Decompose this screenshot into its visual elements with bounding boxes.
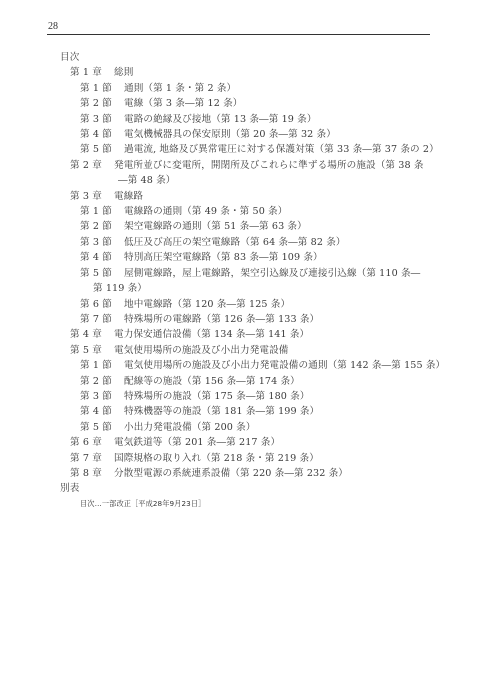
- toc-section: 第 4 節特別高圧架空電線路（第 83 条―第 109 条）: [60, 250, 440, 265]
- toc-entry-text: 配線等の施設（第 156 条―第 174 条）: [124, 376, 300, 387]
- toc-section: 第 1 節電線路の通則（第 49 条・第 50 条）: [60, 204, 440, 219]
- toc-entry-number: 第 3 節: [80, 112, 124, 127]
- toc-entry-number: 第 5 節: [80, 420, 124, 435]
- toc-entry-text: 分散型電源の系統連系設備（第 220 条―第 232 条）: [114, 468, 348, 479]
- toc-entry-text: 特別高圧架空電線路（第 83 条―第 109 条）: [124, 252, 323, 263]
- toc-entry-number: 第 5 節: [80, 266, 124, 281]
- toc-entry-text: 電気使用場所の施設及び小出力発電設備の通則（第 142 条―第 155 条）: [124, 360, 445, 371]
- toc-entry-text: 国際規格の取り入れ（第 218 条・第 219 条）: [114, 453, 319, 464]
- toc-entry-text: 電路の絶縁及び接地（第 13 条―第 19 条）: [124, 114, 317, 125]
- toc-entry-number: 第 3 節: [80, 235, 124, 250]
- toc-entry-text: 電線路の通則（第 49 条・第 50 条）: [124, 206, 287, 217]
- toc-appendix: 別表: [60, 481, 440, 496]
- toc-entry-number: 第 1 節: [80, 81, 124, 96]
- toc-entry-number: 第 2 節: [80, 374, 124, 389]
- toc-entry-text: 屋側電線路，屋上電線路，架空引込線及び連接引込線（第 110 条―: [124, 268, 420, 279]
- toc-entry-text: 特殊場所の電線路（第 126 条―第 133 条）: [124, 314, 319, 325]
- revision-note: 目次…一部改正［平成28年9月23日］: [60, 497, 440, 511]
- toc-chapter: 第 6 章電気鉄道等（第 201 条―第 217 条）: [60, 435, 440, 450]
- toc-entry-number: 第 7 節: [80, 312, 124, 327]
- toc-entry-number: 第 4 章: [70, 327, 114, 342]
- toc-entry-text: 特殊場所の施設（第 175 条―第 180 条）: [124, 391, 310, 402]
- toc-entry-number: 第 1 章: [70, 65, 114, 80]
- toc-entry-text: 電線路: [114, 191, 143, 202]
- toc-chapter: 第 3 章電線路: [60, 189, 440, 204]
- table-of-contents: 目次 第 1 章総則第 1 節通則（第 1 条・第 2 条）第 2 節電線（第 …: [60, 50, 440, 511]
- toc-section: 第 5 節過電流, 地絡及び異常電圧に対する保護対策（第 33 条―第 37 条…: [60, 142, 440, 157]
- toc-section: 第 6 節地中電線路（第 120 条―第 125 条）: [60, 297, 440, 312]
- toc-section: 第 3 節低圧及び高圧の架空電線路（第 64 条―第 82 条）: [60, 235, 440, 250]
- toc-section: 第 5 節小出力発電設備（第 200 条）: [60, 420, 440, 435]
- toc-section: 第 2 節電線（第 3 条―第 12 条）: [60, 96, 440, 111]
- toc-section: 第 1 節通則（第 1 条・第 2 条）: [60, 81, 440, 96]
- toc-entry-text: 特殊機器等の施設（第 181 条―第 199 条）: [124, 406, 319, 417]
- toc-entry-number: 第 5 章: [70, 343, 114, 358]
- toc-entry-text: 小出力発電設備（第 200 条）: [124, 422, 256, 433]
- toc-entry-number: 第 1 節: [80, 204, 124, 219]
- toc-section: 第 7 節特殊場所の電線路（第 126 条―第 133 条）: [60, 312, 440, 327]
- toc-chapter: 第 7 章国際規格の取り入れ（第 218 条・第 219 条）: [60, 451, 440, 466]
- toc-entry-text: 低圧及び高圧の架空電線路（第 64 条―第 82 条）: [124, 237, 346, 248]
- toc-entry-number: 第 3 章: [70, 189, 114, 204]
- toc-section: 第 3 節特殊場所の施設（第 175 条―第 180 条）: [60, 389, 440, 404]
- toc-chapter: 第 1 章総則: [60, 65, 440, 80]
- toc-chapter: 第 2 章発電所並びに変電所，開閉所及びこれらに準ずる場所の施設（第 38 条: [60, 158, 440, 173]
- toc-entry-text: 通則（第 1 条・第 2 条）: [124, 83, 236, 94]
- toc-entry-number: 第 2 章: [70, 158, 114, 173]
- toc-entry-text: 総則: [114, 67, 133, 78]
- toc-section: 第 1 節電気使用場所の施設及び小出力発電設備の通則（第 142 条―第 155…: [60, 358, 440, 373]
- toc-section: 第 4 節電気機械器具の保安原則（第 20 条―第 32 条）: [60, 127, 440, 142]
- toc-entry-number: 第 7 章: [70, 451, 114, 466]
- toc-chapter: 第 4 章電力保安通信設備（第 134 条―第 141 条）: [60, 327, 440, 342]
- toc-section: 第 3 節電路の絶縁及び接地（第 13 条―第 19 条）: [60, 112, 440, 127]
- toc-entry-number: 第 2 節: [80, 219, 124, 234]
- toc-entry-number: 第 4 節: [80, 404, 124, 419]
- toc-entry-text: 過電流, 地絡及び異常電圧に対する保護対策（第 33 条―第 37 条の 2）: [124, 144, 439, 155]
- toc-entry-text: 電気機械器具の保安原則（第 20 条―第 32 条）: [124, 129, 336, 140]
- toc-entry-text: 電力保安通信設備（第 134 条―第 141 条）: [114, 329, 309, 340]
- toc-title: 目次: [60, 50, 440, 65]
- toc-section: 第 4 節特殊機器等の施設（第 181 条―第 199 条）: [60, 404, 440, 419]
- toc-section: 第 2 節配線等の施設（第 156 条―第 174 条）: [60, 374, 440, 389]
- toc-section: 第 5 節屋側電線路，屋上電線路，架空引込線及び連接引込線（第 110 条―: [60, 266, 440, 281]
- header-rule: [47, 34, 430, 35]
- toc-entry-number: 第 2 節: [80, 96, 124, 111]
- toc-entry-text: 地中電線路（第 120 条―第 125 条）: [124, 299, 290, 310]
- toc-entry-text: 電線（第 3 条―第 12 条）: [124, 98, 242, 109]
- toc-entry-number: 第 8 章: [70, 466, 114, 481]
- toc-entry-number: 第 5 節: [80, 142, 124, 157]
- toc-entry-text: 電気鉄道等（第 201 条―第 217 条）: [114, 437, 280, 448]
- toc-entry-number: 第 3 節: [80, 389, 124, 404]
- toc-entry-text: 電気使用場所の施設及び小出力発電設備: [114, 345, 289, 356]
- toc-entry-number: 第 4 節: [80, 127, 124, 142]
- toc-chapter: 第 8 章分散型電源の系統連系設備（第 220 条―第 232 条）: [60, 466, 440, 481]
- toc-entry-continuation: ―第 48 条）: [60, 173, 440, 188]
- toc-entry-text: 架空電線路の通則（第 51 条―第 63 条）: [124, 221, 307, 232]
- toc-entry-number: 第 6 章: [70, 435, 114, 450]
- toc-entry-text: 発電所並びに変電所，開閉所及びこれらに準ずる場所の施設（第 38 条: [114, 160, 424, 171]
- toc-entry-continuation: 第 119 条）: [60, 281, 440, 296]
- toc-chapter: 第 5 章電気使用場所の施設及び小出力発電設備: [60, 343, 440, 358]
- toc-entry-number: 第 4 節: [80, 250, 124, 265]
- page-number: 28: [48, 21, 58, 32]
- toc-entry-number: 第 6 節: [80, 297, 124, 312]
- toc-entry-number: 第 1 節: [80, 358, 124, 373]
- toc-section: 第 2 節架空電線路の通則（第 51 条―第 63 条）: [60, 219, 440, 234]
- toc-entries: 第 1 章総則第 1 節通則（第 1 条・第 2 条）第 2 節電線（第 3 条…: [60, 65, 440, 481]
